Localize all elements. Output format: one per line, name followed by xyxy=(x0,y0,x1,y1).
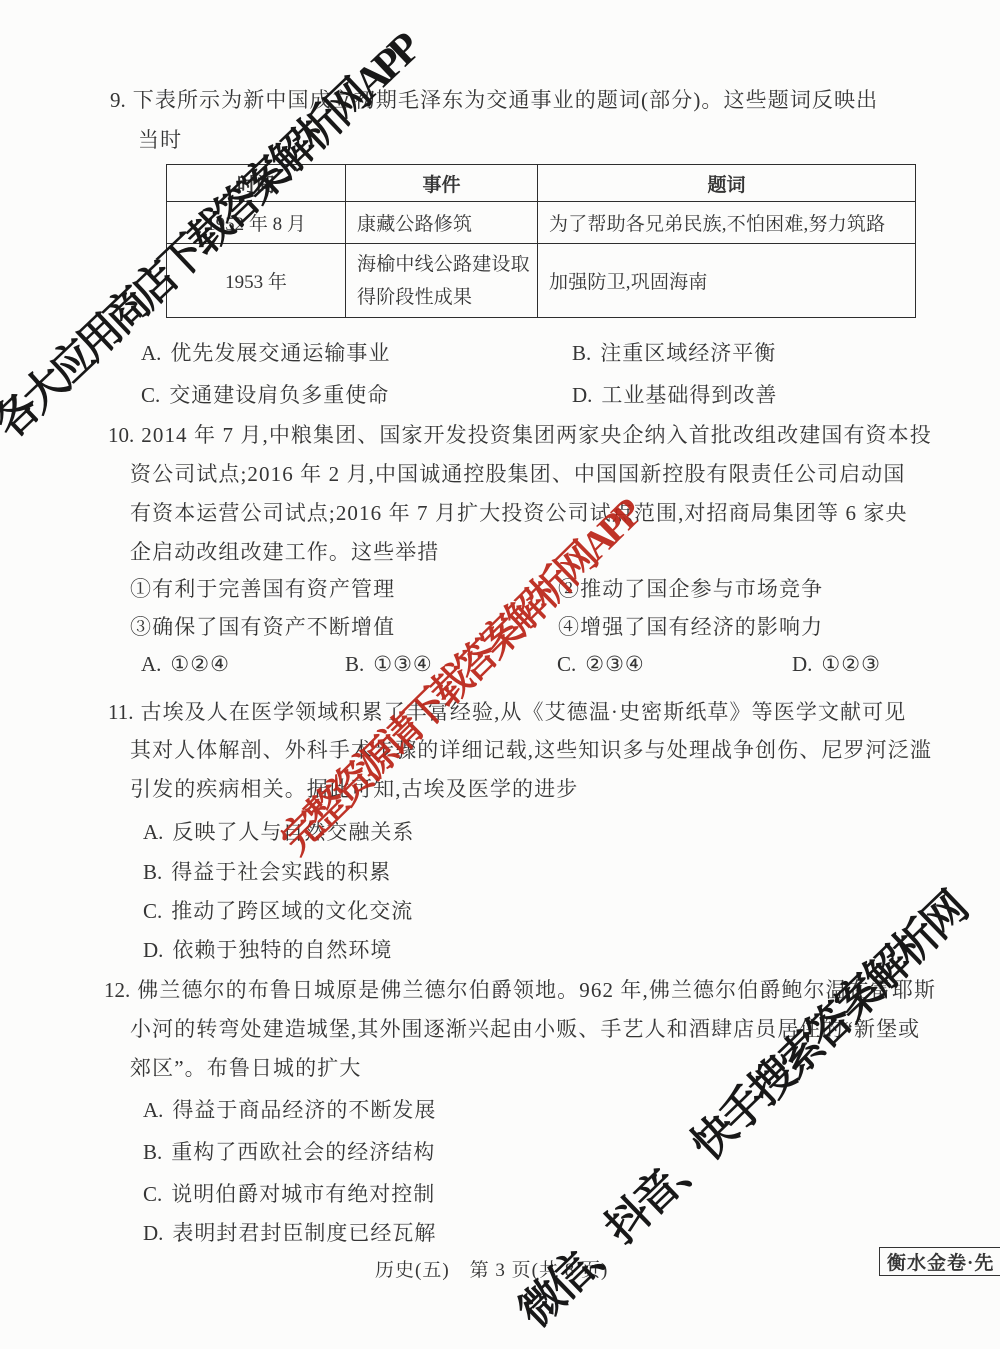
q10-item-1: ①有利于完善国有资产管理 xyxy=(130,577,395,601)
q9-table-header-inscription: 题词 xyxy=(538,165,916,202)
q10-stem-line-4: 企启动改组改建工作。这些举措 xyxy=(130,540,439,564)
q11-stem-line-3: 引发的疾病相关。据此可知,古埃及医学的进步 xyxy=(130,777,578,801)
footer-brand-box: 衡水金卷·先 xyxy=(879,1247,1000,1276)
option-label: B. xyxy=(143,1140,162,1164)
q12-number: 12. xyxy=(104,978,130,1002)
q9-table-header-event: 事件 xyxy=(346,165,538,202)
q9-stem-text: 下表所示为新中国成立初期毛泽东为交通事业的题词(部分)。这些题词反映出 xyxy=(133,88,878,112)
q12-option-c: C.说明伯爵对城市有绝对控制 xyxy=(143,1182,435,1206)
option-label: D. xyxy=(572,383,592,407)
q9-option-c: C.交通建设肩负多重使命 xyxy=(141,383,389,407)
option-text: ①②④ xyxy=(170,652,229,676)
q9-table-row-1: 1952 年 8 月 康藏公路修筑 为了帮助各兄弟民族,不怕困难,努力筑路 xyxy=(167,202,916,244)
option-label: B. xyxy=(143,860,162,884)
q10-item-4: ④增强了国有经济的影响力 xyxy=(558,615,823,639)
q9-row1-event: 康藏公路修筑 xyxy=(346,202,538,244)
option-label: A. xyxy=(141,652,161,676)
option-label: C. xyxy=(143,1182,162,1206)
q9-table-row-2: 1953 年 海榆中线公路建设取 得阶段性成果 加强防卫,巩固海南 xyxy=(167,244,916,318)
q9-row2-event-line2: 得阶段性成果 xyxy=(357,281,537,314)
q12-stem-line-3: 郊区”。布鲁日城的扩大 xyxy=(130,1056,361,1080)
q9-table-header-row: 时间 事件 题词 xyxy=(167,165,916,202)
q9-row2-event-line1: 海榆中线公路建设取 xyxy=(357,248,537,281)
option-text: 注重区域经济平衡 xyxy=(600,341,776,365)
q10-stem-line-2: 资公司试点;2016 年 2 月,中国诚通控股集团、中国国新控股有限责任公司启动… xyxy=(130,462,905,486)
option-text: 工业基础得到改善 xyxy=(601,383,777,407)
q12-option-d: D.表明封君封臣制度已经瓦解 xyxy=(143,1221,436,1245)
option-text: ①②③ xyxy=(821,652,880,676)
option-text: ①③④ xyxy=(373,652,432,676)
q10-option-b: B.①③④ xyxy=(345,652,433,676)
q10-number: 10. xyxy=(108,423,134,447)
option-text: 重构了西欧社会的经济结构 xyxy=(171,1140,435,1164)
q12-option-a: A.得益于商品经济的不断发展 xyxy=(143,1098,436,1122)
q9-table: 时间 事件 题词 1952 年 8 月 康藏公路修筑 为了帮助各兄弟民族,不怕困… xyxy=(166,164,916,318)
option-text: 依赖于独特的自然环境 xyxy=(172,938,392,962)
q12-stem-line-2: 小河的转弯处建造城堡,其外围逐渐兴起由小贩、手艺人和酒肆店员居住的“新堡或 xyxy=(130,1017,920,1041)
q11-stem-line-2: 其对人体解剖、外科手术步骤的详细记载,这些知识多与处理战争创伤、尼罗河泛滥 xyxy=(130,738,932,762)
q11-stem-line-1: 11.古埃及人在医学领域积累了丰富经验,从《艾德温·史密斯纸草》等医学文献可见 xyxy=(108,700,906,724)
q9-option-a: A.优先发展交通运输事业 xyxy=(141,341,390,365)
q9-row2-time: 1953 年 xyxy=(167,244,346,318)
q9-stem-line-2: 当时 xyxy=(138,128,182,152)
q9-row1-inscription: 为了帮助各兄弟民族,不怕困难,努力筑路 xyxy=(538,202,916,244)
q12-stem-text: 佛兰德尔的布鲁日城原是佛兰德尔伯爵领地。962 年,佛兰德尔伯爵鲍尔温在雷耶斯 xyxy=(137,978,936,1002)
q11-number: 11. xyxy=(108,700,133,724)
q10-item-3: ③确保了国有资产不断增值 xyxy=(130,615,395,639)
footer-page-info: 历史(五) 第 3 页(共 8 页) xyxy=(375,1255,608,1282)
footer-brand-text: 衡水金卷·先 xyxy=(887,1248,994,1275)
q9-row1-time: 1952 年 8 月 xyxy=(167,202,346,244)
q11-option-a: A.反映了人与自然交融关系 xyxy=(143,820,414,844)
option-text: 交通建设肩负多重使命 xyxy=(169,383,389,407)
q10-stem-text: 2014 年 7 月,中粮集团、国家开发投资集团两家央企纳入首批改组改建国有资本… xyxy=(141,423,932,447)
option-text: 反映了人与自然交融关系 xyxy=(172,820,414,844)
option-label: B. xyxy=(572,341,591,365)
option-label: B. xyxy=(345,652,364,676)
q11-option-c: C.推动了跨区域的文化交流 xyxy=(143,899,413,923)
option-text: 得益于社会实践的积累 xyxy=(171,860,391,884)
option-label: A. xyxy=(141,341,161,365)
q10-option-a: A.①②④ xyxy=(141,652,230,676)
option-label: D. xyxy=(143,938,163,962)
option-label: A. xyxy=(143,1098,163,1122)
option-label: A. xyxy=(143,820,163,844)
q10-option-d: D.①②③ xyxy=(792,652,881,676)
option-text: 得益于商品经济的不断发展 xyxy=(172,1098,436,1122)
option-label: C. xyxy=(143,899,162,923)
q11-option-d: D.依赖于独特的自然环境 xyxy=(143,938,392,962)
option-text: 推动了跨区域的文化交流 xyxy=(171,899,413,923)
q9-stem-line-1: 9.下表所示为新中国成立初期毛泽东为交通事业的题词(部分)。这些题词反映出 xyxy=(110,88,878,112)
q10-item-2: ②推动了国企参与市场竞争 xyxy=(558,577,823,601)
q9-table-header-time: 时间 xyxy=(167,165,346,202)
q12-stem-line-1: 12.佛兰德尔的布鲁日城原是佛兰德尔伯爵领地。962 年,佛兰德尔伯爵鲍尔温在雷… xyxy=(104,978,936,1002)
option-label: C. xyxy=(141,383,160,407)
q10-stem-line-1: 10.2014 年 7 月,中粮集团、国家开发投资集团两家央企纳入首批改组改建国… xyxy=(108,423,932,447)
q9-option-d: D.工业基础得到改善 xyxy=(572,383,777,407)
q12-option-b: B.重构了西欧社会的经济结构 xyxy=(143,1140,435,1164)
q9-row2-inscription: 加强防卫,巩固海南 xyxy=(538,244,916,318)
q9-row2-event: 海榆中线公路建设取 得阶段性成果 xyxy=(346,244,538,318)
q10-stem-line-3: 有资本运营公司试点;2016 年 7 月扩大投资公司试点范围,对招商局集团等 6… xyxy=(130,501,908,525)
option-label: C. xyxy=(557,652,576,676)
q9-number: 9. xyxy=(110,88,126,112)
option-label: D. xyxy=(143,1221,163,1245)
option-text: 表明封君封臣制度已经瓦解 xyxy=(172,1221,436,1245)
exam-page: 9.下表所示为新中国成立初期毛泽东为交通事业的题词(部分)。这些题词反映出 当时… xyxy=(0,0,1000,1349)
option-label: D. xyxy=(792,652,812,676)
q9-option-b: B.注重区域经济平衡 xyxy=(572,341,776,365)
option-text: ②③④ xyxy=(585,652,644,676)
q10-option-c: C.②③④ xyxy=(557,652,645,676)
q11-stem-text: 古埃及人在医学领域积累了丰富经验,从《艾德温·史密斯纸草》等医学文献可见 xyxy=(140,700,906,724)
option-text: 说明伯爵对城市有绝对控制 xyxy=(171,1182,435,1206)
q11-option-b: B.得益于社会实践的积累 xyxy=(143,860,391,884)
option-text: 优先发展交通运输事业 xyxy=(170,341,390,365)
